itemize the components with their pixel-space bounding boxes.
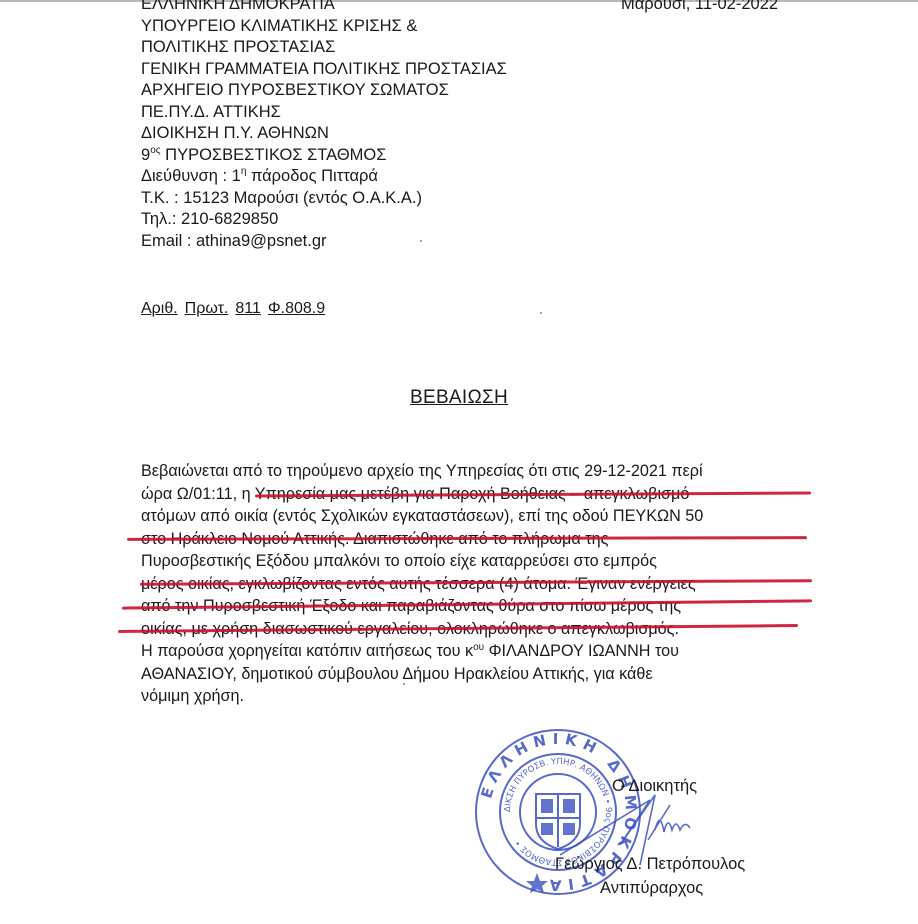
header-line: ΓΕΝΙΚΗ ΓΡΑΜΜΑΤΕΙΑ ΠΟΛΙΤΙΚΗΣ ΠΡΟΣΤΑΣΙΑΣ: [141, 59, 507, 81]
postal-line: Τ.Κ. : 15123 Μαρούσι (εντός Ο.Α.Κ.Α.): [141, 188, 507, 210]
address-line: Διεύθυνση : 1η πάροδος Πιτταρά: [141, 166, 507, 188]
issuer-header: ΕΛΛΗΝΙΚΗ ΔΗΜΟΚΡΑΤΙΑ ΥΠΟΥΡΓΕΙΟ ΚΛΙΜΑΤΙΚΗΣ…: [141, 0, 507, 252]
document-title: ΒΕΒΑΙΩΣΗ: [410, 387, 508, 409]
document-date: Μαρούσι, 11-02-2022: [621, 0, 778, 16]
signatory-name: Γεώργιος Δ. Πετρόπουλος: [555, 855, 745, 874]
header-line: ΕΛΛΗΝΙΚΗ ΔΗΜΟΚΡΑΤΙΑ: [141, 0, 507, 16]
body-line: Πυροσβεστικής Εξόδου μπαλκόνι το οποίο ε…: [141, 550, 779, 573]
header-line: ΠΟΛΙΤΙΚΗΣ ΠΡΟΣΤΑΣΙΑΣ: [141, 37, 507, 59]
header-line: ΠΕ.ΠΥ.Δ. ΑΤΤΙΚΗΣ: [141, 102, 507, 124]
body-line: νόμιμη χρήση.: [141, 685, 779, 708]
station-line: 9ος ΠΥΡΟΣΒΕΣΤΙΚΟΣ ΣΤΑΘΜΟΣ: [141, 145, 507, 167]
header-line: ΥΠΟΥΡΓΕΙΟ ΚΛΙΜΑΤΙΚΗΣ ΚΡΙΣΗΣ &: [141, 16, 507, 38]
body-line: Βεβαιώνεται από το τηρούμενο αρχείο της …: [141, 460, 779, 483]
signatory-title: Ο Διοικητής: [612, 777, 697, 796]
scan-speck: [420, 240, 422, 242]
request-line: Η παρούσα χορηγείται κατόπιν αιτήσεως το…: [141, 640, 779, 663]
scan-speck: [403, 683, 405, 685]
email-line: Email : athina9@psnet.gr: [141, 231, 507, 253]
scan-speck: [540, 312, 542, 314]
signatory-rank: Αντιπύραρχος: [600, 879, 703, 898]
body-line: ΑΘΑΝΑΣΙΟΥ, δημοτικού σύμβουλου Δήμου Ηρα…: [141, 663, 779, 686]
protocol-number: Αριθ.Πρωτ.811Φ.808.9: [141, 300, 332, 318]
body-line: ατόμων από οικία (εντός Σχολικών εγκατασ…: [141, 505, 779, 528]
phone-line: Τηλ.: 210-6829850: [141, 209, 507, 231]
header-line: ΔΙΟΙΚΗΣΗ Π.Υ. ΑΘΗΝΩΝ: [141, 123, 507, 145]
header-line: ΑΡΧΗΓΕΙΟ ΠΥΡΟΣΒΕΣΤΙΚΟΥ ΣΩΜΑΤΟΣ: [141, 80, 507, 102]
